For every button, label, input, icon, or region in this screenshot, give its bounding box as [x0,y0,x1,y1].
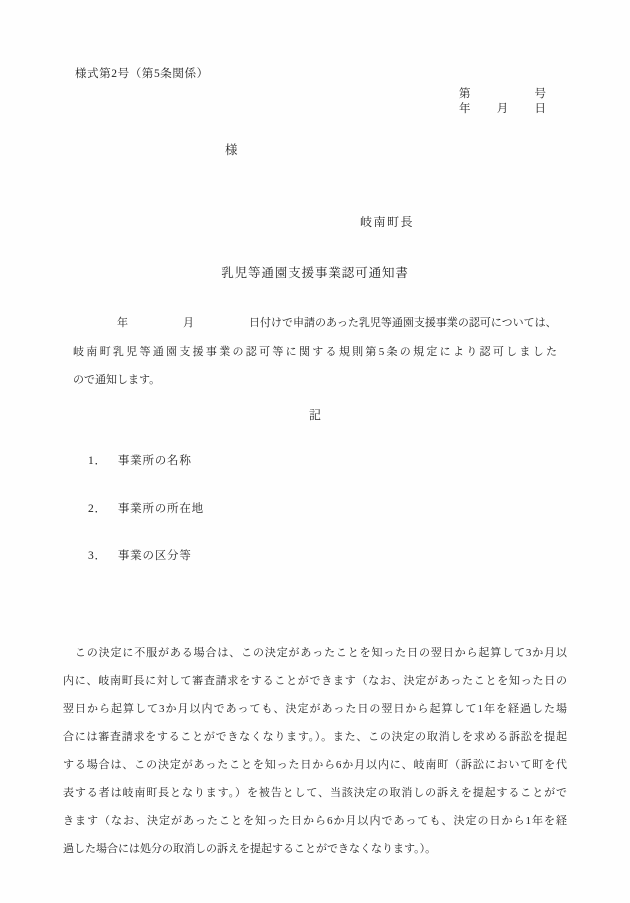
appeal-line: きます（なお、決定があったことを知った日から6か月以内であっても、決定の日から1… [63,807,567,835]
list-item-business-category: 3．事業の区分等 [88,547,192,563]
item-number: 2． [88,503,107,515]
document-number-line: 第 号 [459,85,546,101]
appeal-line: 表する者は岐南町長となります。）を被告として、当該決定の取消しの訴えを提起するこ… [63,779,567,807]
appeal-line: この決定に不服がある場合は、この決定があったことを知った日の翌日から起算して3か… [63,639,567,667]
addressee-honorific: 様 [225,140,238,158]
appeal-notice-paragraph: この決定に不服がある場合は、この決定があったことを知った日の翌日から起算して3か… [63,639,567,863]
item-number: 3． [88,550,107,562]
date-day-label: 日 [535,100,547,116]
appeal-line: 合には審査請求をすることができなくなります。）。また、この決定の取消しを求める訴… [63,723,567,751]
list-item-business-name: 1．事業所の名称 [88,452,192,468]
document-page: 様式第2号（第5条関係） 第 号 年 月 日 様 岐南町長 乳児等通園支援事業認… [0,0,630,903]
issuer-name: 岐南町長 [360,213,414,230]
body-line: 岐南町乳児等通園支援事業の認可等に関する規則第5条の規定により認可しました [73,338,557,367]
appeal-line: する場合は、この決定があったことを知った日から6か月以内に、岐南町（訴訟において… [63,751,567,779]
date-year-label: 年 [459,100,471,116]
item-number: 1． [88,455,107,467]
item-label: 事業の区分等 [118,550,192,562]
record-marker: 記 [0,406,630,423]
date-line: 年 月 日 [459,100,546,116]
doc-number-suffix: 号 [535,85,547,101]
appeal-line: 内に、岐南町長に対して審査請求をすることができます（なお、決定があったことを知っ… [63,667,567,695]
body-line: 年 月 日付けで申請のあった乳児等通園支援事業の認可については、 [73,309,557,338]
body-paragraph: 年 月 日付けで申請のあった乳児等通園支援事業の認可については、 岐南町乳児等通… [73,309,557,395]
item-label: 事業所の所在地 [118,503,204,515]
document-title: 乳児等通園支援事業認可通知書 [0,263,630,281]
appeal-line: 過した場合には処分の取消しの訴えを提起することができなくなります。）。 [63,835,567,863]
appeal-line: 翌日から起算して3か月以内であっても、決定があった日の翌日から起算して1年を経過… [63,695,567,723]
doc-number-prefix: 第 [459,85,471,101]
date-month-label: 月 [497,100,509,116]
list-item-business-address: 2．事業所の所在地 [88,500,204,516]
form-number-label: 様式第2号（第5条関係） [75,65,209,81]
item-label: 事業所の名称 [118,455,192,467]
body-line: ので通知します。 [73,366,557,395]
